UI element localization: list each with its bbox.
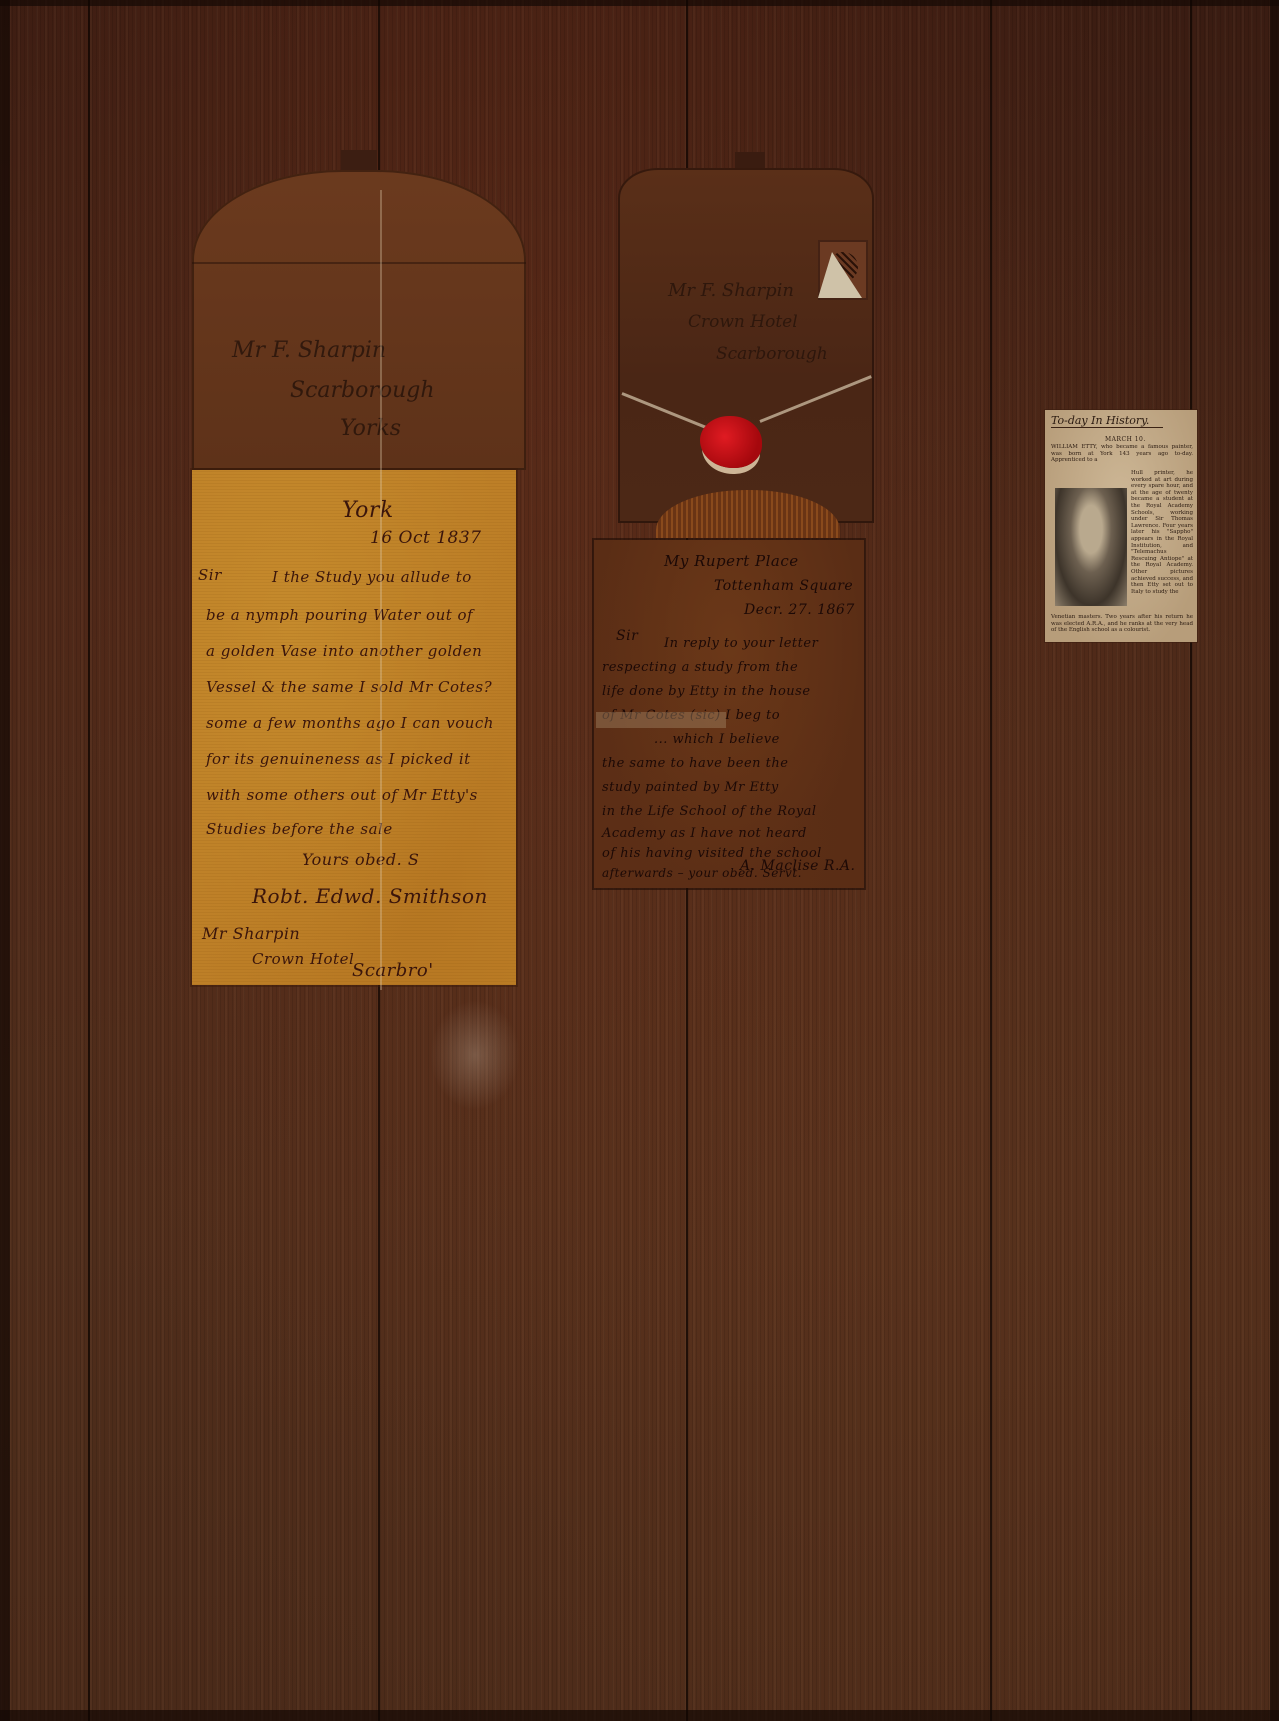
wood-scuff-mark [430,1000,520,1110]
letter-right-body-line: ... which I believe [654,732,780,747]
red-wax-seal [700,416,762,468]
letter-left-date: 16 Oct 1837 [370,528,482,548]
frame-edge-left [0,0,10,1721]
envelope-right-address-line: Scarborough [716,344,828,364]
stamp-paper-corner [818,252,862,298]
letter-left-salutation: Sir [198,566,222,584]
letter-left-addressee-line: Mr Sharpin [202,924,300,943]
letter-left-place: York [342,498,394,523]
clipping-column-text: Hull printer, he worked at art during ev… [1131,470,1193,595]
frame-edge-top [0,0,1279,6]
letter-left-body-line: some a few months ago I can vouch [206,714,494,732]
letter-right-body-line: In reply to your letter [664,636,818,651]
paper-crease [380,190,382,990]
envelope-left-address-line: Scarborough [290,378,435,403]
board-seam [990,0,992,1721]
clipping-lead-text: WILLIAM ETTY, who became a famous painte… [1051,444,1193,464]
letter-left-addressee-line: Crown Hotel [252,950,354,968]
letter-right-salutation: Sir [616,628,638,644]
letter-left-body-line: a golden Vase into another golden [206,642,482,660]
letter-right-body-line: study painted by Mr Etty [602,780,779,795]
board-seam [88,0,90,1721]
letter-right-body-line: in the Life School of the Royal [602,804,817,819]
letter-right-body-line: the same to have been the [602,756,788,771]
envelope-right-address-line: Mr F. Sharpin [668,280,794,301]
letter-left: York 16 Oct 1837 Sir I the Study you all… [192,470,516,985]
letter-left-body-line: I the Study you allude to [272,568,472,586]
letter-left-body-line: Studies before the sale [206,820,393,838]
letter-right-signature: A. Maclise R.A. [740,858,855,874]
frame-edge-bottom [0,1710,1279,1721]
clipping-title: To-day In History. [1051,414,1163,428]
letter-left-body-line: with some others out of Mr Etty's [206,786,478,804]
letter-right-header-line: Tottenham Square [714,578,853,594]
letter-left-body-line: for its genuineness as I picked it [206,750,471,768]
board-seam [1190,0,1192,1721]
frame-edge-right [1270,0,1279,1721]
letter-right-header-line: Decr. 27. 1867 [744,602,855,618]
paper-tape-strip [596,712,726,728]
letter-left-closing: Yours obed. S [302,850,419,869]
letter-left-body-line: Vessel & the same I sold Mr Cotes? [206,678,492,696]
letter-right-body-line: respecting a study from the [602,660,798,675]
portrait-photo [1055,488,1127,606]
envelope-right-address-line: Crown Hotel [688,312,798,332]
letter-right-body-line: Academy as I have not heard [602,826,807,841]
letter-left-signature: Robt. Edwd. Smithson [252,884,488,908]
clipping-date: MARCH 10. [1105,436,1146,443]
clipping-footer-text: Venetian masters. Two years after his re… [1051,614,1193,634]
envelope-left-address-line: Mr F. Sharpin [232,338,386,363]
envelope-left-fold [192,262,526,264]
letter-left-body-line: be a nymph pouring Water out of [206,606,473,624]
envelope-left-address-line: Yorks [340,416,401,441]
letter-right-header-line: My Rupert Place [664,552,799,570]
letter-right-body-line: life done by Etty in the house [602,684,811,699]
newspaper-clipping: To-day In History. MARCH 10. WILLIAM ETT… [1045,410,1197,642]
letter-left-addressee-line: Scarbro' [352,960,434,981]
